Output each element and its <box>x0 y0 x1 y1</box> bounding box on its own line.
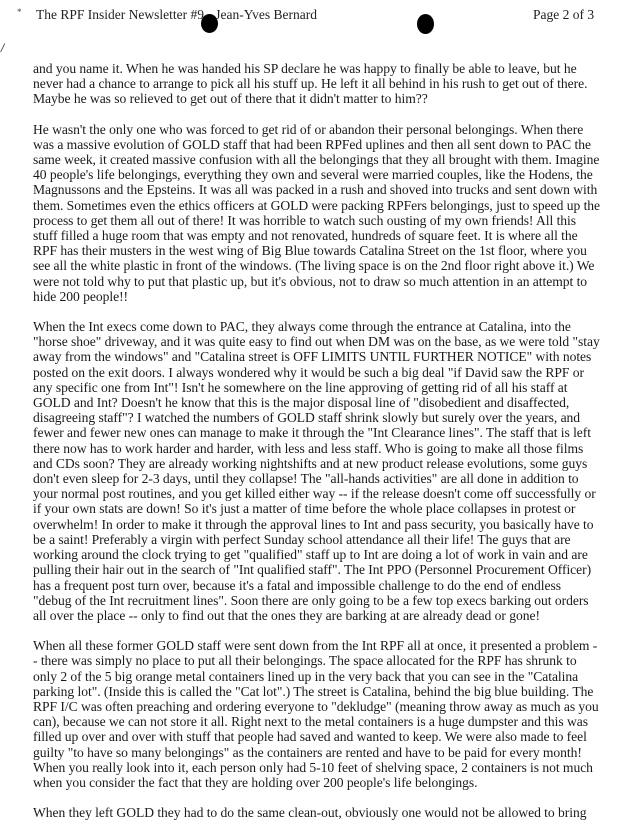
margin-mark: / <box>1 43 4 54</box>
hole-punch-mark <box>201 14 218 33</box>
hole-punch-mark <box>417 14 434 34</box>
page-header: * The RPF Insider Newsletter #9 - Jean-Y… <box>0 6 627 28</box>
paragraph: and you name it. When he was handed his … <box>33 61 601 107</box>
paragraph: When all these former GOLD staff were se… <box>33 638 601 790</box>
document-title: The RPF Insider Newsletter #9 - Jean-Yve… <box>36 7 317 23</box>
paragraph: When the Int execs come down to PAC, the… <box>33 319 601 623</box>
document-body: and you name it. When he was handed his … <box>33 61 601 833</box>
page-number: Page 2 of 3 <box>533 7 594 23</box>
paragraph: He wasn't the only one who was forced to… <box>33 122 601 304</box>
paragraph: When they left GOLD they had to do the s… <box>33 805 601 820</box>
bullet-mark: * <box>17 7 22 17</box>
